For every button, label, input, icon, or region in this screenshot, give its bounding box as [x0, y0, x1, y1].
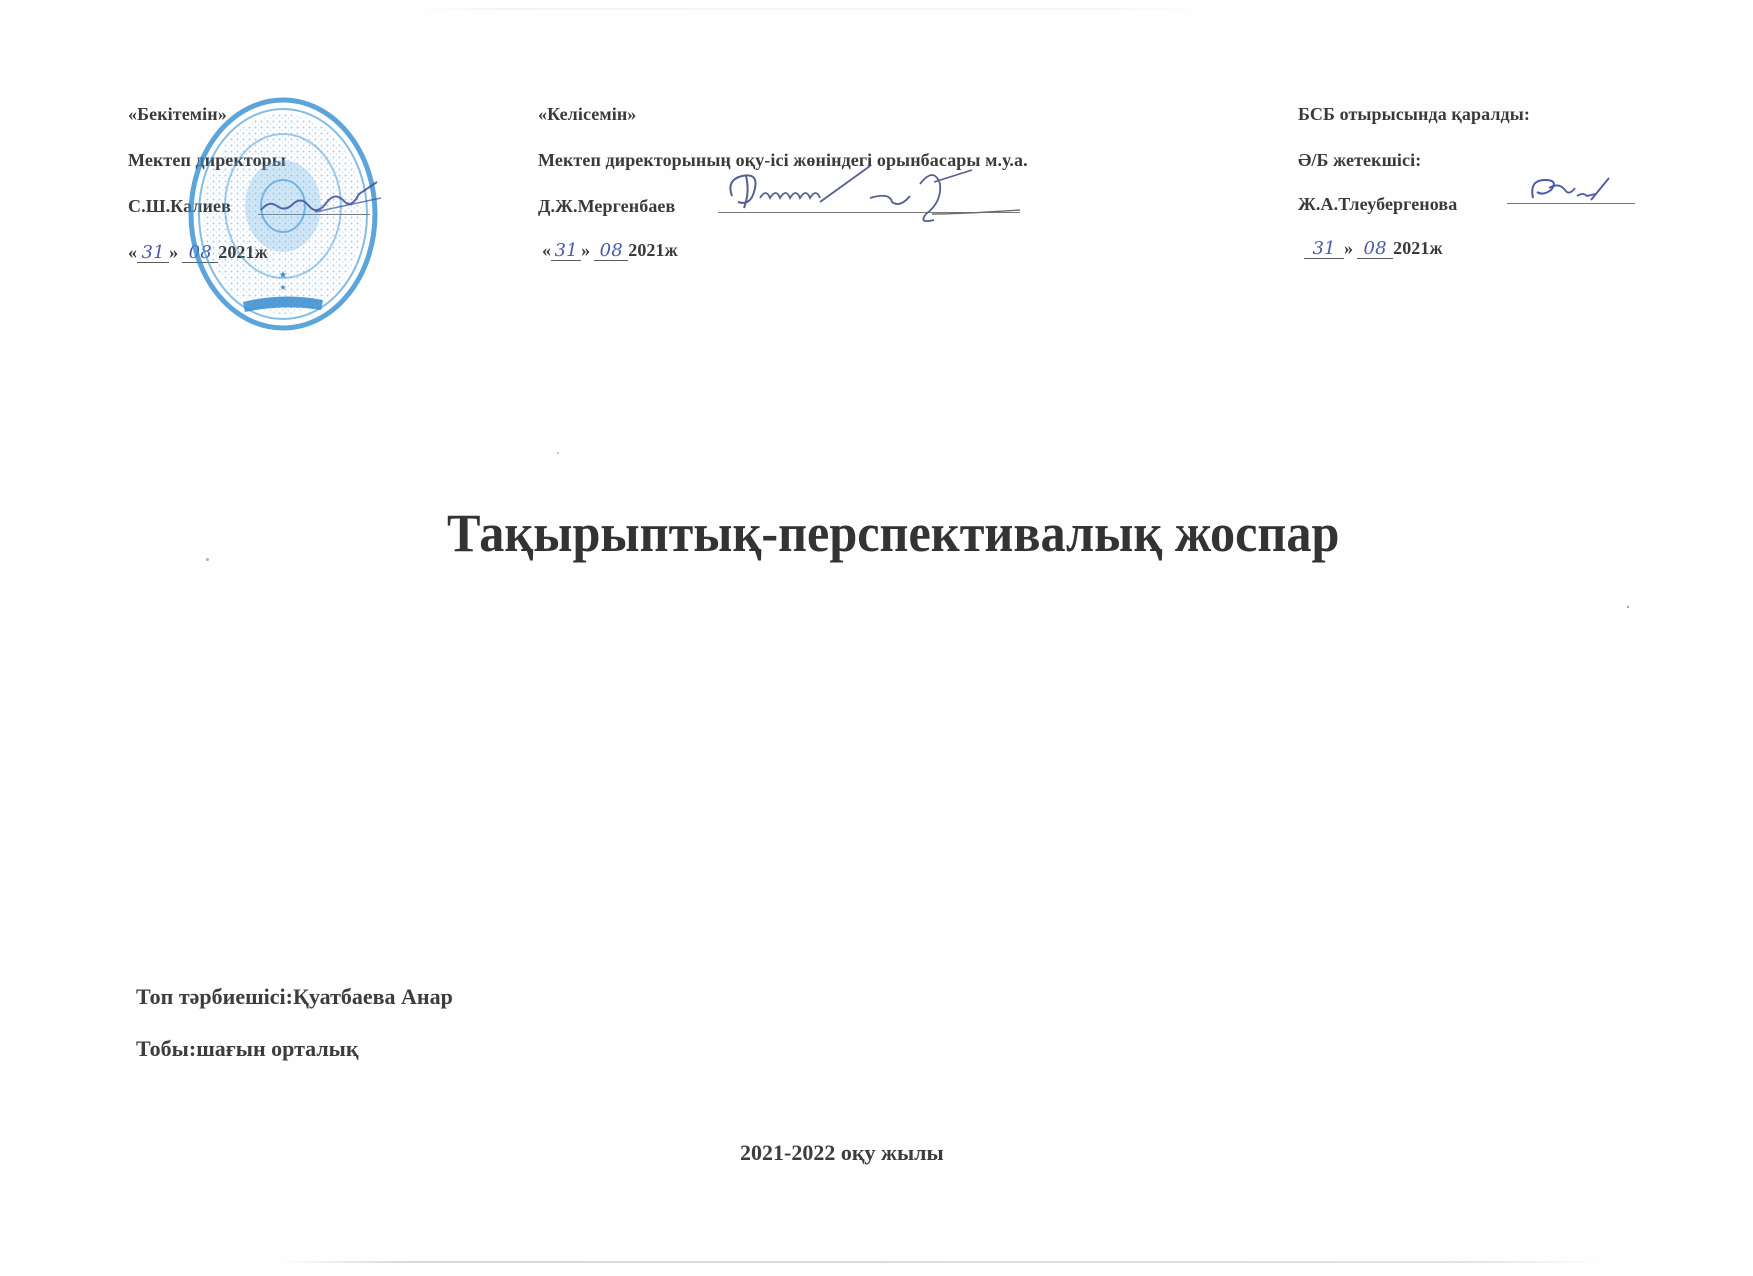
teacher-line: Топ тәрбиешісі:Қуатбаева Анар [136, 984, 453, 1010]
signature-line [258, 214, 370, 215]
date-close-quote: » [1344, 238, 1353, 258]
document-page: «Бекітемін» Мектеп директоры С.Ш.Калиев … [0, 0, 1753, 1276]
scan-artifact-bottom [280, 1261, 1600, 1263]
approval-name: Ж.А.Тлеубергенова [1298, 194, 1457, 214]
date-month: 08 [182, 244, 218, 263]
approval-role: Мектеп директорының оқу-ісі жөніндегі ор… [538, 150, 1028, 170]
date-day: 31 [551, 242, 581, 261]
signature-line [718, 212, 1020, 213]
group-label: Тобы: [136, 1036, 196, 1061]
approver-name: С.Ш.Калиев [128, 196, 231, 216]
approver-name: Д.Ж.Мергенбаев [538, 196, 675, 216]
approval-role-text: Ә/Б жетекшісі: [1298, 150, 1421, 170]
scan-artifact-top [420, 8, 1200, 10]
approver-name: Ж.А.Тлеубергенова [1298, 194, 1457, 214]
date-year: 2021ж [628, 240, 678, 260]
date-year: 2021ж [1393, 238, 1443, 258]
signature-line [1507, 203, 1635, 204]
scan-speck [1627, 606, 1629, 608]
approval-heading: «Келісемін» [538, 104, 636, 124]
date-open-quote: « [128, 242, 137, 262]
teacher-label: Топ тәрбиешісі: [136, 984, 293, 1009]
date-close-quote: » [581, 240, 590, 260]
approval-role: Мектеп директоры [128, 150, 286, 170]
date-month: 08 [1357, 240, 1393, 259]
date-month: 08 [594, 242, 628, 261]
teacher-name: Қуатбаева Анар [293, 984, 453, 1009]
svg-text:★: ★ [279, 270, 288, 281]
approval-role-text: Мектеп директорының оқу-ісі жөніндегі ор… [538, 150, 1028, 170]
scan-speck [206, 558, 209, 561]
approval-date: «31»082021ж [542, 240, 678, 261]
group-line: Тобы:шағын орталық [136, 1036, 359, 1062]
approval-name: Д.Ж.Мергенбаев [538, 196, 675, 216]
group-name: шағын орталық [196, 1036, 358, 1061]
date-year: 2021ж [218, 242, 268, 262]
date-close-quote: » [169, 242, 178, 262]
svg-text:★: ★ [279, 283, 286, 292]
approval-heading-text: «Келісемін» [538, 104, 636, 124]
date-open-quote: « [542, 240, 551, 260]
approval-heading-text: БСБ отырысында қаралды: [1298, 104, 1530, 124]
academic-year: 2021-2022 оқу жылы [740, 1140, 944, 1166]
approval-name: С.Ш.Калиев [128, 196, 231, 216]
approval-date: 31»082021ж [1304, 238, 1443, 259]
approval-role: Ә/Б жетекшісі: [1298, 150, 1421, 170]
page-title: Тақырыптық-перспективалық жоспар [447, 501, 1340, 565]
signature-deputy-icon [720, 162, 1020, 232]
approval-role-text: Мектеп директоры [128, 150, 286, 170]
approval-heading: БСБ отырысында қаралды: [1298, 104, 1530, 124]
approval-heading: «Бекітемін» [128, 104, 227, 124]
date-day: 31 [137, 244, 169, 263]
approval-date: «31»082021ж [128, 242, 268, 263]
date-day: 31 [1304, 240, 1344, 259]
signature-methodology-head-icon [1525, 174, 1625, 204]
scan-speck [557, 452, 559, 454]
approval-heading-text: «Бекітемін» [128, 104, 227, 124]
